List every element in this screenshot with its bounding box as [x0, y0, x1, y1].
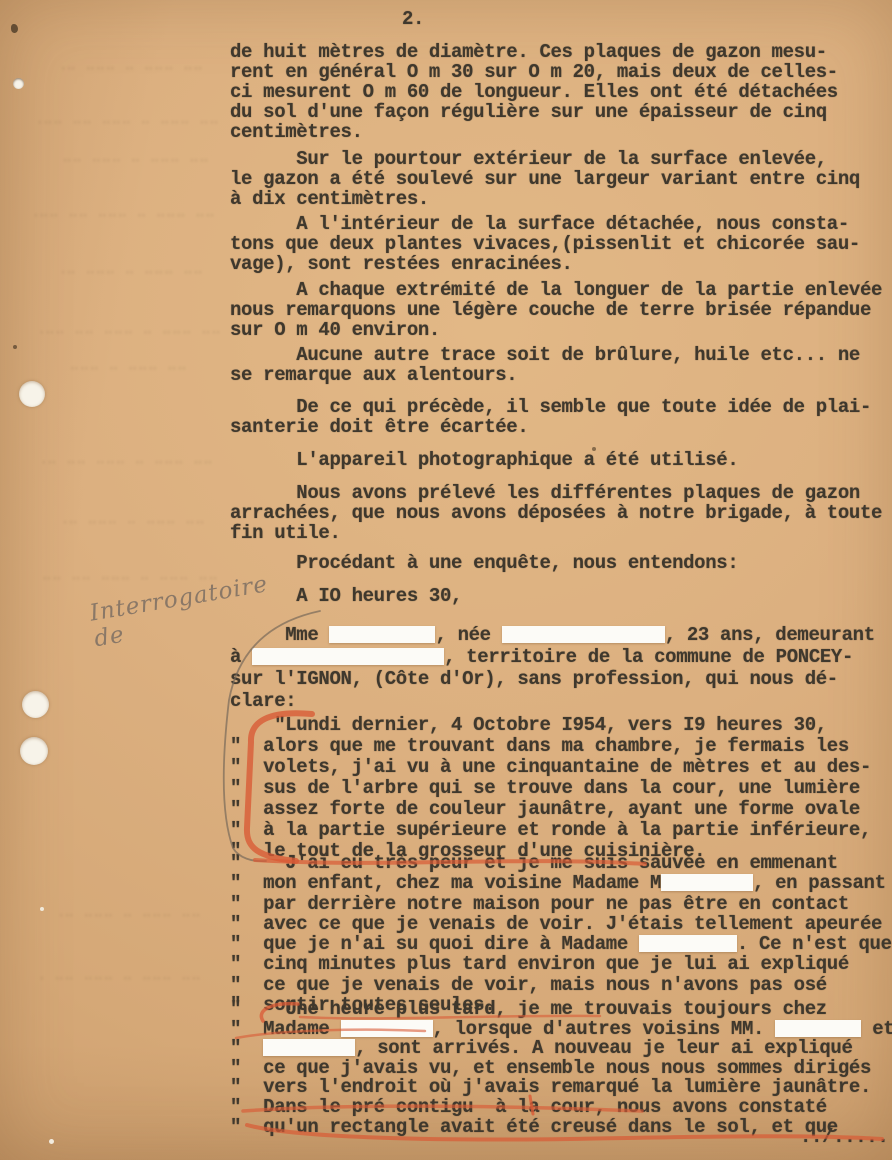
- text-segment: ": [230, 1037, 263, 1059]
- paragraph: L'appareil photographique a été utilisé.: [230, 450, 892, 470]
- paragraph: de huit mètres de diamètre. Ces plaques …: [230, 42, 892, 142]
- paragraph: De ce qui précède, il semble que toute i…: [230, 397, 892, 437]
- text-line: "Lundi dernier, 4 Octobre I954, vers I9 …: [230, 715, 892, 736]
- paragraph: Aucune autre trace soit de brûlure, huil…: [230, 345, 892, 385]
- text-line: A chaque extrémité de la longuer de la p…: [230, 280, 892, 300]
- statement-paragraph: " J'ai eu très peur et je me suis sauvée…: [230, 853, 892, 1015]
- page-number: 2.: [402, 8, 424, 30]
- text-segment: et: [861, 1018, 892, 1040]
- bleedthrough-smudge: [60, 905, 200, 917]
- text-line: " sus de l'arbre qui se trouve dans la c…: [230, 778, 892, 799]
- text-line: nous remarquons une légère couche de ter…: [230, 300, 892, 320]
- redaction-box: [341, 1020, 433, 1037]
- text-line: Sur le pourtour extérieur de la surface …: [230, 149, 892, 169]
- text-line: " ce que je venais de voir, mais nous n'…: [230, 975, 892, 995]
- witness-intro-paragraph: Mme , née , 23 ans, demeurant à , territ…: [230, 624, 892, 712]
- text-line: tons que deux plantes vivaces,(pissenlit…: [230, 234, 892, 254]
- redaction-box: [252, 648, 444, 665]
- text-line: vage), sont restées enracinées.: [230, 254, 892, 274]
- text-segment: , territoire de la commune de PONCEY-: [444, 646, 853, 668]
- paragraph: Procédant à une enquête, nous entendons:: [230, 553, 892, 573]
- text-segment: " mon enfant, chez ma voisine Madame M: [230, 872, 661, 894]
- text-line: de huit mètres de diamètre. Ces plaques …: [230, 42, 892, 62]
- text-line: " , sont arrivés. A nouveau je leur ai e…: [230, 1039, 892, 1059]
- redaction-box: [263, 1039, 355, 1056]
- text-segment: , née: [435, 624, 501, 646]
- text-line: Procédant à une enquête, nous entendons:: [230, 553, 892, 573]
- bleedthrough-smudge: [66, 358, 186, 370]
- text-line: centimètres.: [230, 122, 892, 142]
- text-line: Mme , née , 23 ans, demeurant: [230, 624, 892, 646]
- paragraph: Sur le pourtour extérieur de la surface …: [230, 149, 892, 209]
- text-segment: . Ce n'est que: [737, 933, 892, 955]
- bleedthrough-smudge: [40, 322, 220, 334]
- text-line: A IO heures 30,: [230, 586, 892, 606]
- redaction-box: [329, 626, 435, 643]
- text-line: " par derrière notre maison pour ne pas …: [230, 894, 892, 914]
- text-line: arrachées, que nous avons déposées à not…: [230, 503, 892, 523]
- bleedthrough-smudge: [34, 205, 214, 217]
- text-line: " cinq minutes plus tard environ que je …: [230, 954, 892, 974]
- text-line: le gazon a été soulevé sur une largeur v…: [230, 169, 892, 189]
- statement-paragraph: "Lundi dernier, 4 Octobre I954, vers I9 …: [230, 715, 892, 862]
- text-line: " qu'un rectangle avait été creusé dans …: [230, 1118, 892, 1138]
- text-segment: , 23 ans, demeurant: [665, 624, 875, 646]
- paper-speck: [40, 907, 44, 911]
- document-page: 2. de huit mètres de diamètre. Ces plaqu…: [0, 0, 892, 1160]
- bleedthrough-smudge: [58, 150, 208, 162]
- bleedthrough-smudge: [40, 968, 200, 980]
- bleedthrough-smudge: [62, 262, 202, 274]
- text-line: A l'intérieur de la surface détachée, no…: [230, 214, 892, 234]
- text-line: clare:: [230, 690, 892, 712]
- bleedthrough-smudge: [42, 452, 212, 464]
- punch-hole: [22, 691, 49, 718]
- text-line: fin utile.: [230, 523, 892, 543]
- text-line: " alors que me trouvant dans ma chambre,…: [230, 736, 892, 757]
- text-line: " volets, j'ai vu à une cinquantaine de …: [230, 757, 892, 778]
- text-line: " J'ai eu très peur et je me suis sauvée…: [230, 853, 892, 873]
- text-line: " mon enfant, chez ma voisine Madame M, …: [230, 873, 892, 893]
- text-line: ci mesurent O m 60 de longueur. Elles on…: [230, 82, 892, 102]
- paragraph: A l'intérieur de la surface détachée, no…: [230, 214, 892, 274]
- statement-paragraph: " Une heure plus tard, je me trouvais to…: [230, 1000, 892, 1137]
- text-line: Nous avons prélevé les différentes plaqu…: [230, 483, 892, 503]
- text-segment: à: [230, 646, 252, 668]
- text-segment: , sont arrivés. A nouveau je leur ai exp…: [355, 1037, 852, 1059]
- bleedthrough-smudge: [38, 112, 218, 124]
- text-line: sur l'IGNON, (Côte d'Or), sans professio…: [230, 668, 892, 690]
- paragraph: Nous avons prélevé les différentes plaqu…: [230, 483, 892, 543]
- paper-speck: [11, 24, 18, 33]
- text-line: " assez forte de couleur jaunâtre, ayant…: [230, 799, 892, 820]
- text-line: santerie doit être écartée.: [230, 417, 892, 437]
- paragraph: A IO heures 30,: [230, 586, 892, 606]
- bleedthrough-smudge: [64, 512, 204, 524]
- text-line: " avec ce que je venais de voir. J'étais…: [230, 914, 892, 934]
- bleedthrough-smudge: [42, 568, 217, 580]
- redaction-box: [661, 874, 753, 891]
- text-line: sur O m 40 environ.: [230, 320, 892, 340]
- continuation-mark: ../.....: [800, 1126, 888, 1148]
- text-line: " que je n'ai su quoi dire à Madame . Ce…: [230, 934, 892, 954]
- text-line: L'appareil photographique a été utilisé.: [230, 450, 892, 470]
- text-line: rent en général O m 30 sur O m 20, mais …: [230, 62, 892, 82]
- punch-hole: [13, 78, 24, 89]
- text-line: se remarque aux alentours.: [230, 365, 892, 385]
- paragraph: A chaque extrémité de la longuer de la p…: [230, 280, 892, 340]
- text-segment: , en passant: [753, 872, 886, 894]
- redaction-box: [502, 626, 665, 643]
- text-line: Aucune autre trace soit de brûlure, huil…: [230, 345, 892, 365]
- bleedthrough-smudge: [62, 58, 202, 70]
- text-line: à dix centimètres.: [230, 189, 892, 209]
- text-line: du sol d'une façon régulière sur une épa…: [230, 102, 892, 122]
- text-line: De ce qui précède, il semble que toute i…: [230, 397, 892, 417]
- text-line: à , territoire de la commune de PONCEY-: [230, 646, 892, 668]
- paper-speck: [13, 345, 17, 349]
- text-line: " à la partie supérieure et ronde à la p…: [230, 820, 892, 841]
- redaction-box: [775, 1020, 861, 1037]
- punch-hole: [20, 737, 48, 765]
- paper-speck: [49, 1139, 54, 1144]
- redaction-box: [639, 935, 737, 952]
- text-segment: " que je n'ai su quoi dire à Madame: [230, 933, 639, 955]
- text-line: " Dans le pré contigu à la cour, nous av…: [230, 1098, 892, 1118]
- punch-hole: [19, 381, 45, 407]
